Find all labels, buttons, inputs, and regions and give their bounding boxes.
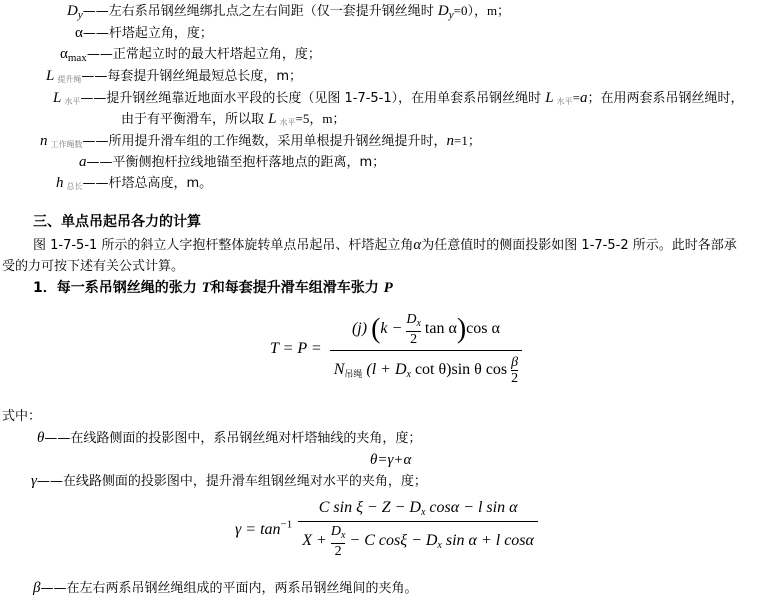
symbol: L — [53, 90, 61, 106]
definition-text: ——正常起立时的最大杆塔起立角，度； — [87, 47, 321, 62]
definition-text: ——所用提升滑车组的工作绳数，采用单根提升钢丝绳提升时， — [83, 134, 447, 149]
symbol: a — [79, 154, 87, 170]
definition-text: ——提升钢丝绳靠近地面水平段的长度（见图 1-7-5-1），在用单套系吊钢丝绳时 — [80, 91, 545, 106]
definition-text: ——平衡侧抱杆拉线地锚至抱杆落地点的距离，m； — [87, 155, 386, 170]
def-gamma: γ——在线路侧面的投影图中，提升滑车组钢丝绳对水平的夹角，度； — [31, 473, 427, 490]
definition-text: ——在线路侧面的投影图中，系吊钢丝绳对杆塔轴线的夹角，度； — [44, 431, 421, 446]
def-alpha-max: αmax——正常起立时的最大杆塔起立角，度； — [60, 46, 321, 66]
symbol: D — [67, 3, 78, 19]
subheading-tension: 1．每一系吊钢丝绳的张力 T和每套提升滑车组滑车张力 P — [33, 280, 393, 296]
section-paragraph-line1: 图 1-7-5-1 所示的斜立人字抱杆整体旋转单点吊起吊、杆塔起立角α为任意值时… — [33, 237, 737, 254]
formula-gamma: γ = tan−1 C sin ξ − Z − Dx cosα − l sin … — [235, 499, 538, 559]
def-h-total: h总长——杆塔总高度，m。 — [56, 175, 212, 195]
formula-fraction: C sin ξ − Z − Dx cosα − l sin α X + Dx2 … — [298, 499, 538, 559]
definition-text: ——在左右两系吊钢丝绳组成的平面内，两系吊钢丝绳间的夹角。 — [40, 581, 417, 596]
formula-denominator: N吊绳 (l + Dx cot θ)sin θ cos β2 — [330, 351, 522, 386]
def-a: a——平衡侧抱杆拉线地锚至抱杆落地点的距离，m； — [79, 154, 385, 171]
symbol: h — [56, 175, 64, 191]
definition-text: ——杆塔起立角，度； — [83, 26, 213, 41]
def-n-work: n工作绳数——所用提升滑车组的工作绳数，采用单根提升钢丝绳提升时，n=1； — [40, 133, 481, 153]
symbol: L — [46, 68, 54, 84]
def-l-horizontal-cont: 由于有平衡滑车，所以取 L水平=5，m； — [121, 111, 345, 131]
formula-numerator: (j) (k − Dx2 tan α)cos α — [348, 312, 504, 350]
def-dy: Dy——左右系吊钢丝绳绑扎点之左右间距（仅一套提升钢丝绳时 Dy=0），m； — [67, 3, 510, 23]
symbol: α — [60, 46, 68, 62]
def-beta: β——在左右两系吊钢丝绳组成的平面内，两系吊钢丝绳间的夹角。 — [33, 580, 418, 597]
section-paragraph-line2: 受的力可按下述有关公式计算。 — [2, 259, 184, 275]
def-theta: θ——在线路侧面的投影图中，系吊钢丝绳对杆塔轴线的夹角，度； — [37, 430, 421, 447]
def-l-lift: L提升绳——每套提升钢丝绳最短总长度，m； — [46, 68, 302, 88]
formula-tension: T = P = (j) (k − Dx2 tan α)cos α N吊绳 (l … — [270, 312, 522, 386]
definition-text: ——左右系吊钢丝绳绑扎点之左右间距（仅一套提升钢丝绳时 — [83, 4, 438, 19]
where-label: 式中： — [2, 409, 41, 425]
symbol: n — [40, 133, 48, 149]
symbol: α — [75, 25, 83, 41]
formula-lhs: T = P = — [270, 340, 322, 357]
def-l-horizontal: L水平——提升钢丝绳靠近地面水平段的长度（见图 1-7-5-1），在用单套系吊钢… — [53, 90, 743, 110]
section-heading: 三、单点吊起吊各力的计算 — [33, 214, 201, 230]
theta-equation: θ=γ+α — [370, 452, 411, 468]
definition-text: ——杆塔总高度，m。 — [83, 176, 213, 191]
definition-text: ——每套提升钢丝绳最短总长度，m； — [81, 69, 302, 84]
formula-lhs: γ = tan−1 — [235, 521, 292, 538]
def-alpha: α——杆塔起立角，度； — [75, 25, 213, 42]
formula-fraction: (j) (k − Dx2 tan α)cos α N吊绳 (l + Dx cot… — [330, 312, 522, 386]
definition-text: ——在线路侧面的投影图中，提升滑车组钢丝绳对水平的夹角，度； — [37, 474, 427, 489]
formula-denominator: X + Dx2 − C cosξ − Dx sin α + l cosα — [298, 522, 538, 559]
formula-numerator: C sin ξ − Z − Dx cosα − l sin α — [315, 499, 522, 521]
